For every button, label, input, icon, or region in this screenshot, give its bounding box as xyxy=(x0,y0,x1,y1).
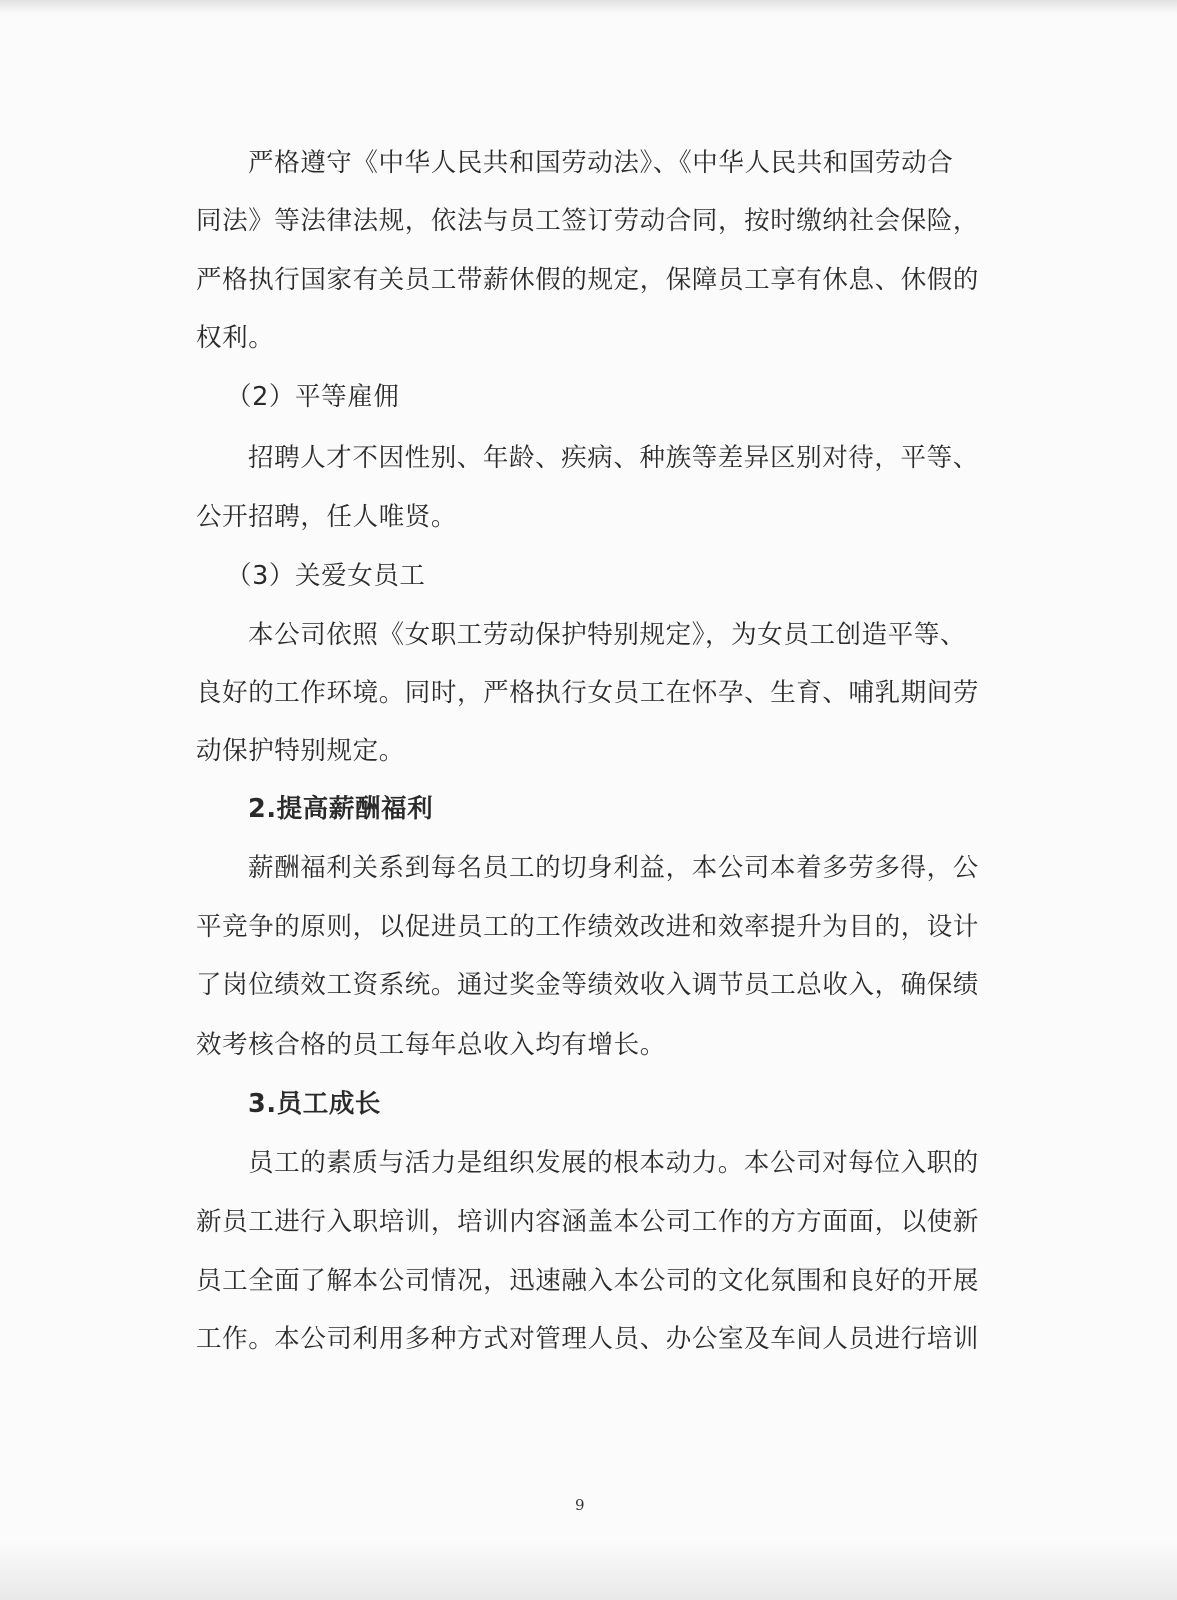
subsection-heading: （3）关爱女员工 xyxy=(226,561,426,591)
text-line: 招聘人才不因性别、年龄、疾病、种族等差异区别对待，平等、 xyxy=(248,443,979,473)
text-line: 新员工进行入职培训，培训内容涵盖本公司工作的方方面面，以使新 xyxy=(196,1207,979,1237)
subsection-heading: （2）平等雇佣 xyxy=(226,382,399,412)
text-line: 良好的工作环境。同时，严格执行女员工在怀孕、生育、哺乳期间劳 xyxy=(196,678,979,708)
text-line: 严格遵守《中华人民共和国劳动法》、《中华人民共和国劳动合 xyxy=(248,148,953,178)
text-line: 权利。 xyxy=(196,323,274,353)
scan-edge-bottom xyxy=(0,1540,1177,1600)
text-line: 严格执行国家有关员工带薪休假的规定，保障员工享有休息、休假的 xyxy=(196,265,979,295)
text-line: 公开招聘，任人唯贤。 xyxy=(196,502,457,532)
text-line: 同法》等法律法规，依法与员工签订劳动合同，按时缴纳社会保险， xyxy=(196,206,979,236)
text-line: 工作。本公司利用多种方式对管理人员、办公室及车间人员进行培训 xyxy=(196,1324,979,1354)
text-line: 薪酬福利关系到每名员工的切身利益，本公司本着多劳多得，公 xyxy=(248,853,979,883)
section-heading: 3.员工成长 xyxy=(248,1089,381,1119)
text-line: 员工全面了解本公司情况，迅速融入本公司的文化氛围和良好的开展 xyxy=(196,1266,979,1296)
text-line: 效考核合格的员工每年总收入均有增长。 xyxy=(196,1030,666,1060)
text-line: 员工的素质与活力是组织发展的根本动力。本公司对每位入职的 xyxy=(248,1148,979,1178)
text-line: 动保护特别规定。 xyxy=(196,736,405,766)
scan-edge-top xyxy=(0,0,1177,14)
section-heading: 2.提高薪酬福利 xyxy=(248,794,433,824)
text-line: 本公司依照《女职工劳动保护特别规定》，为女员工创造平等、 xyxy=(248,620,966,650)
text-line: 平竞争的原则，以促进员工的工作绩效改进和效率提升为目的，设计 xyxy=(196,912,979,942)
page-number: 9 xyxy=(575,1496,585,1514)
text-line: 了岗位绩效工资系统。通过奖金等绩效收入调节员工总收入，确保绩 xyxy=(196,970,979,1000)
